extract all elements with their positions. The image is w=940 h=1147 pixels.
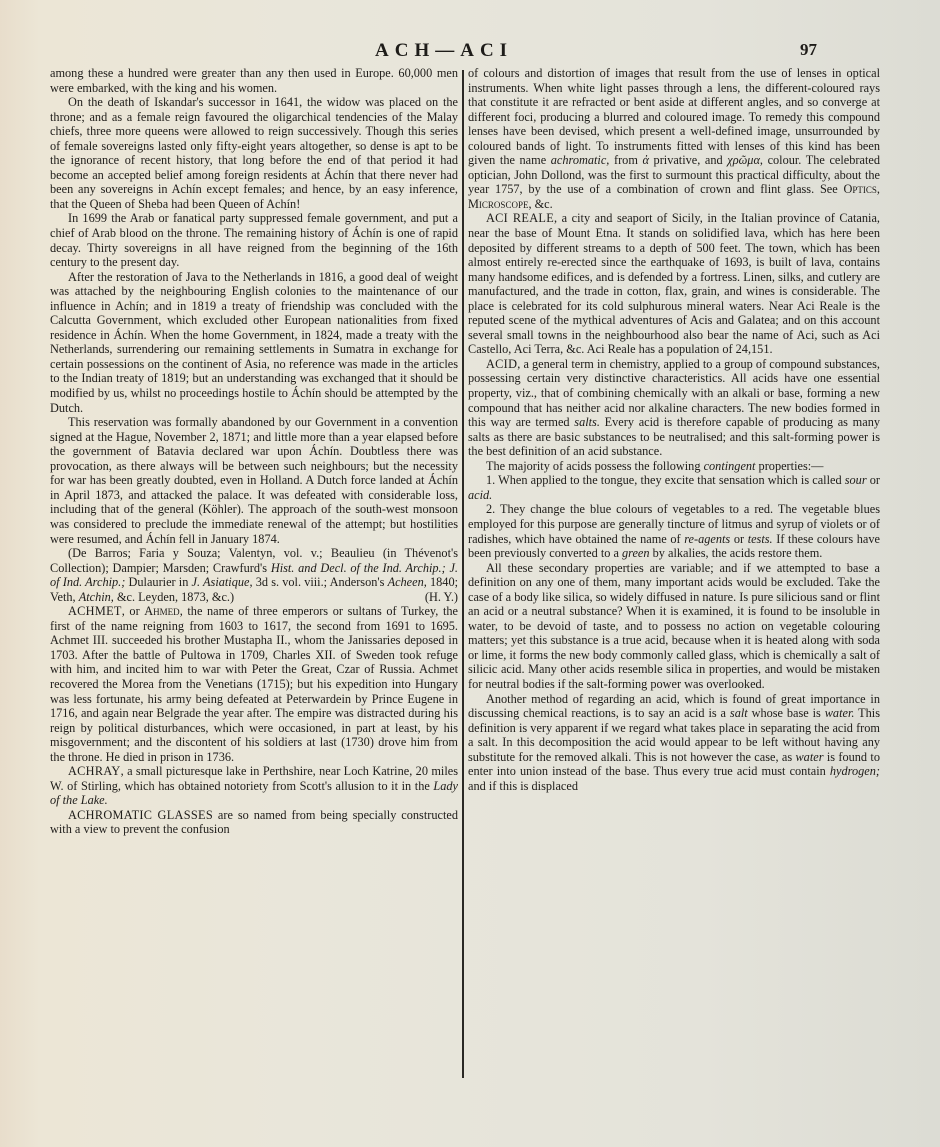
headword: ACHRAY bbox=[68, 764, 121, 778]
paragraph: On the death of Iskandar's successor in … bbox=[50, 95, 458, 211]
paragraph: The majority of acids possess the follow… bbox=[468, 459, 880, 474]
running-head: ACH—ACI bbox=[375, 40, 513, 62]
column-divider bbox=[462, 70, 464, 1078]
headword: ACHROMATIC GLASSES bbox=[68, 808, 213, 822]
paragraph: In 1699 the Arab or fanatical party supp… bbox=[50, 211, 458, 269]
entry-achray: ACHRAY, a small picturesque lake in Pert… bbox=[50, 764, 458, 808]
paragraph: This reservation was formally abandoned … bbox=[50, 415, 458, 546]
headword: ACI REALE bbox=[486, 211, 554, 225]
left-column: among these a hundred were greater than … bbox=[50, 66, 458, 837]
headword: ACHMET bbox=[68, 604, 122, 618]
entry-acid: ACID, a general term in chemistry, appli… bbox=[468, 357, 880, 459]
list-item: 2. They change the blue colours of veget… bbox=[468, 502, 880, 560]
paragraph-continued: among these a hundred were greater than … bbox=[50, 66, 458, 95]
right-column: of colours and distortion of images that… bbox=[468, 66, 880, 793]
entry-aci-reale: ACI REALE, a city and seaport of Sicily,… bbox=[468, 211, 880, 356]
headword: ACID bbox=[486, 357, 517, 371]
bibliography: (De Barros; Faria y Souza; Valentyn, vol… bbox=[50, 546, 458, 604]
paragraph: All these secondary properties are varia… bbox=[468, 561, 880, 692]
list-item: 1. When applied to the tongue, they exci… bbox=[468, 473, 880, 502]
page-number: 97 bbox=[800, 40, 817, 60]
entry-achromatic-glasses: ACHROMATIC GLASSES are so named from bei… bbox=[50, 808, 458, 837]
entry-achmet: ACHMET, or Ahmed, the name of three empe… bbox=[50, 604, 458, 764]
author-signature: (H. Y.) bbox=[407, 590, 458, 605]
entry-achromatic-continued: of colours and distortion of images that… bbox=[468, 66, 880, 211]
paragraph: Another method of regarding an acid, whi… bbox=[468, 692, 880, 794]
paragraph: After the restoration of Java to the Net… bbox=[50, 270, 458, 415]
